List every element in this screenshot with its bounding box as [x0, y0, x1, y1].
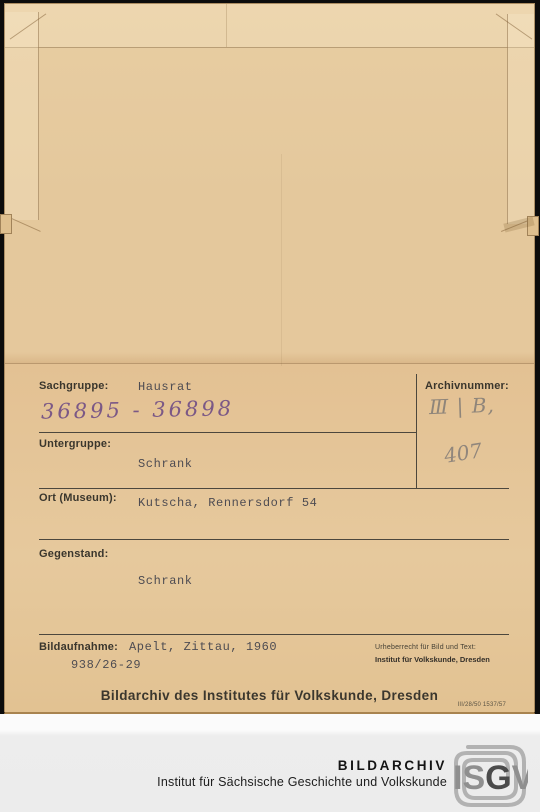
sachgruppe-label: Sachgruppe: [39, 380, 108, 392]
copyright-line1: Urheberrecht für Bild und Text: [375, 644, 476, 651]
rule-under-numbers [39, 432, 416, 433]
fold-crease-shadow [5, 353, 534, 363]
rule-below-gegenstand [39, 634, 509, 635]
footer-text-block: BILDARCHIV Institut für Sächsische Gesch… [157, 758, 447, 790]
logo-letter-v: V [512, 759, 528, 797]
envelope-right-flap [507, 14, 534, 224]
ort-label: Ort (Museum): [39, 492, 117, 504]
ort-value: Kutscha, Rennersdorf 54 [138, 496, 317, 510]
paper-crease-top [226, 4, 227, 47]
card-institution-title: Bildarchiv des Institutes für Volkskunde… [5, 688, 534, 703]
film-number: 938/26-29 [71, 658, 141, 672]
print-code: III/28/50 1537/57 [458, 702, 506, 708]
page-footer: BILDARCHIV Institut für Sächsische Gesch… [0, 714, 540, 812]
bildaufnahme-value: Apelt, Zittau, 1960 [129, 640, 277, 654]
archivnummer-handwritten-line2: 407 [442, 438, 483, 468]
archive-card: Sachgruppe: Hausrat 36895 - 36898 Unterg… [4, 3, 535, 714]
gegenstand-label: Gegenstand: [39, 548, 108, 560]
untergruppe-value: Schrank [138, 457, 193, 471]
flap-tab-left [0, 214, 12, 234]
envelope-left-flap [5, 12, 39, 220]
svg-text:ISGV: ISGV [453, 759, 528, 797]
fold-crease-line [5, 363, 534, 364]
copyright-line2: Institut für Volkskunde, Dresden [375, 655, 490, 664]
scan-viewport: Sachgruppe: Hausrat 36895 - 36898 Unterg… [0, 0, 540, 812]
gegenstand-value: Schrank [138, 574, 193, 588]
archivnummer-handwritten-line1: Ⅲ | B, [429, 393, 496, 419]
logo-letters-is: IS [453, 759, 485, 797]
archivnummer-divider [416, 374, 417, 488]
untergruppe-label: Untergruppe: [39, 438, 111, 450]
logo-letter-g: G [485, 759, 511, 797]
isgv-logo-icon: ISGV [452, 742, 528, 810]
archivnummer-label: Archivnummer: [425, 380, 509, 392]
footer-subtitle: Institut für Sächsische Geschichte und V… [157, 774, 447, 790]
rule-below-untergruppe [39, 488, 509, 489]
rule-below-ort [39, 539, 509, 540]
paper-crease-middle [281, 154, 282, 366]
handwritten-catalog-numbers: 36895 - 36898 [41, 396, 234, 423]
sachgruppe-value: Hausrat [138, 380, 193, 394]
bildaufnahme-label: Bildaufnahme: [39, 641, 118, 653]
footer-title: BILDARCHIV [157, 758, 447, 774]
envelope-top-flap [5, 4, 534, 48]
